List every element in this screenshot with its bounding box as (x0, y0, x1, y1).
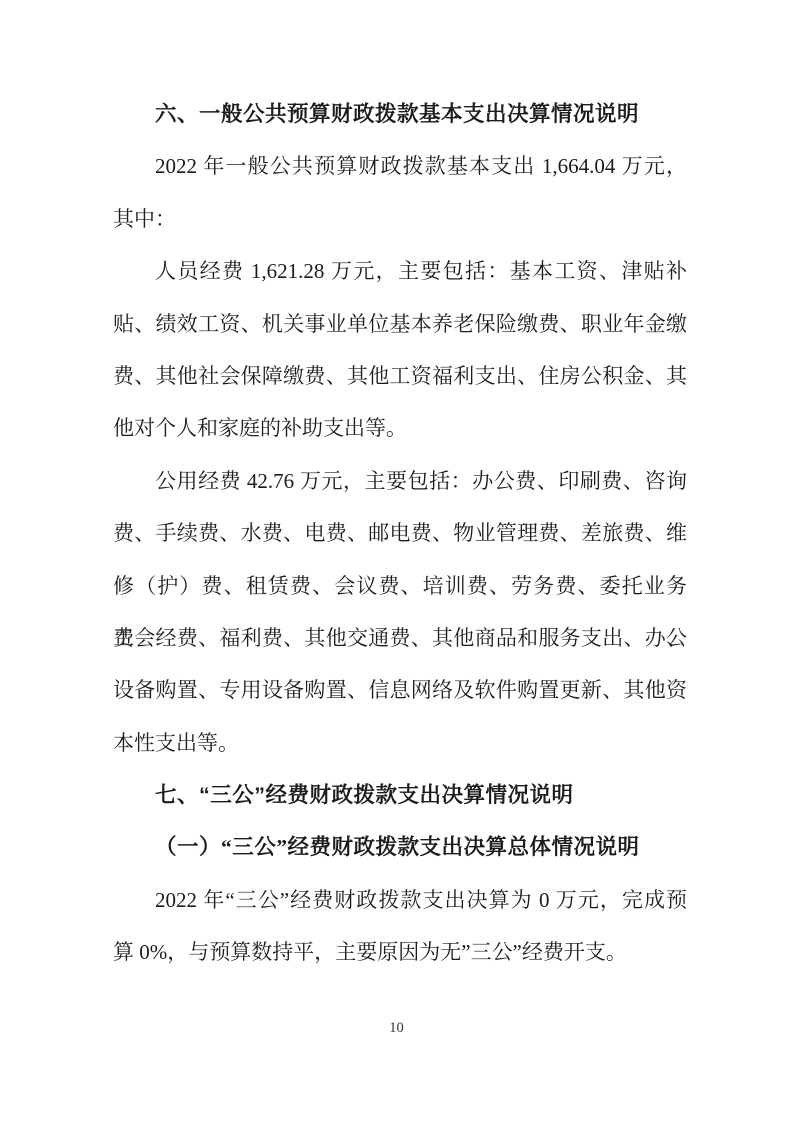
text-line: 费、其他社会保障缴费、其他工资福利支出、住房公积金、其 (113, 350, 687, 402)
text-line: 公用经费 42.76 万元，主要包括：办公费、印刷费、咨询 (113, 455, 687, 507)
text-line: 其中： (113, 193, 687, 245)
page-number: 10 (0, 1020, 793, 1037)
text-line: 费、手续费、水费、电费、邮电费、物业管理费、差旅费、维 (113, 507, 687, 559)
text-line: 工会经费、福利费、其他交通费、其他商品和服务支出、办公 (113, 612, 687, 664)
text-line: 贴、绩效工资、机关事业单位基本养老保险缴费、职业年金缴 (113, 298, 687, 350)
document-page: 六、一般公共预算财政拨款基本支出决算情况说明 2022 年一般公共预算财政拨款基… (0, 0, 793, 1122)
text-line: 人员经费 1,621.28 万元，主要包括：基本工资、津贴补 (113, 245, 687, 297)
text-line: 2022 年一般公共预算财政拨款基本支出 1,664.04 万元， (113, 140, 687, 192)
section-heading-7-1: （一）“三公”经费财政拨款支出决算总体情况说明 (113, 821, 687, 873)
document-body: 六、一般公共预算财政拨款基本支出决算情况说明 2022 年一般公共预算财政拨款基… (113, 88, 687, 979)
text-line: 本性支出等。 (113, 717, 687, 769)
text-line: 他对个人和家庭的补助支出等。 (113, 402, 687, 454)
section-heading-7: 七、“三公”经费财政拨款支出决算情况说明 (113, 769, 687, 821)
section-heading-6: 六、一般公共预算财政拨款基本支出决算情况说明 (113, 88, 687, 140)
text-line: 2022 年“三公”经费财政拨款支出决算为 0 万元，完成预 (113, 874, 687, 926)
text-line: 算 0%，与预算数持平，主要原因为无”三公”经费开支。 (113, 926, 687, 978)
text-line: 修（护）费、租赁费、会议费、培训费、劳务费、委托业务费、 (113, 560, 687, 612)
text-line: 设备购置、专用设备购置、信息网络及软件购置更新、其他资 (113, 664, 687, 716)
